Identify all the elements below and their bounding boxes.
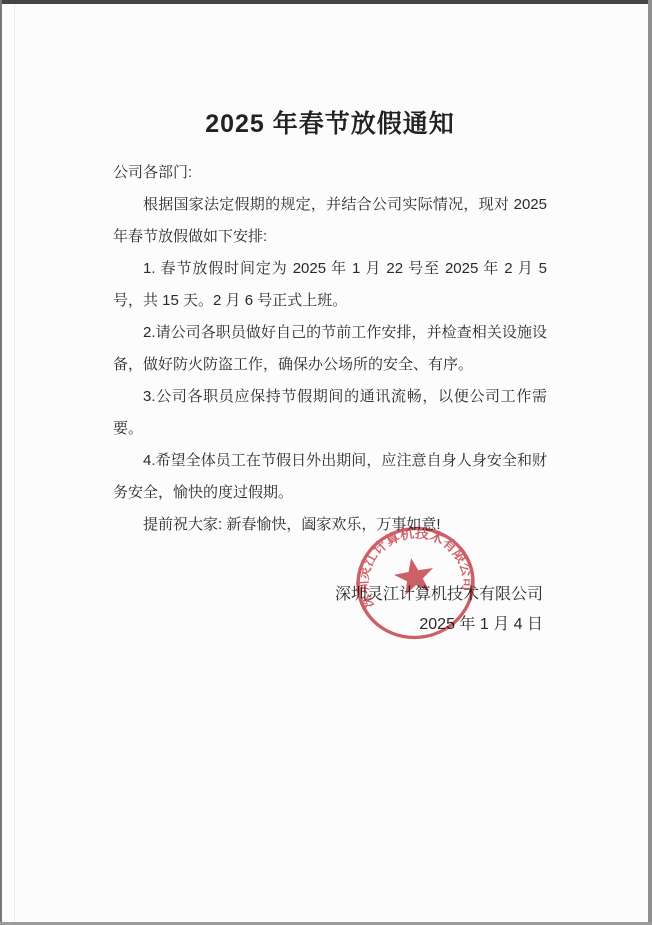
paragraph-item-3: 3.公司各职员应保持节假期间的通讯流畅，以便公司工作需要。 [113, 381, 547, 445]
salutation: 公司各部门: [113, 157, 547, 189]
signature-company: 深圳灵江计算机技术有限公司 [335, 580, 543, 610]
paragraph-item-4: 4.希望全体员工在节假日外出期间，应注意自身人身安全和财务安全，愉快的度过假期。 [113, 445, 547, 509]
signature-block: 深圳灵江计算机技术有限公司 2025 年 1 月 4 日 [335, 580, 543, 640]
notice-body: 公司各部门: 根据国家法定假期的规定，并结合公司实际情况，现对 2025 年春节… [113, 157, 547, 541]
paragraph-item-1: 1. 春节放假时间定为 2025 年 1 月 22 号至 2025 年 2 月 … [113, 253, 547, 317]
scan-crease-line [14, 4, 15, 922]
paragraph-blessing: 提前祝大家: 新春愉快，阖家欢乐，万事如意! [113, 509, 547, 541]
paragraph-item-2: 2.请公司各职员做好自己的节前工作安排，并检查相关设施设备，做好防火防盗工作，确… [113, 317, 547, 381]
paragraph-intro: 根据国家法定假期的规定，并结合公司实际情况，现对 2025 年春节放假做如下安排… [113, 189, 547, 253]
document-page: 2025 年春节放假通知 公司各部门: 根据国家法定假期的规定，并结合公司实际情… [0, 0, 652, 925]
scan-edge-top [0, 0, 652, 4]
scan-edge-left [0, 0, 2, 925]
notice-title: 2025 年春节放假通知 [113, 104, 547, 140]
signature-date: 2025 年 1 月 4 日 [335, 610, 543, 640]
scan-edge-right [648, 0, 652, 925]
